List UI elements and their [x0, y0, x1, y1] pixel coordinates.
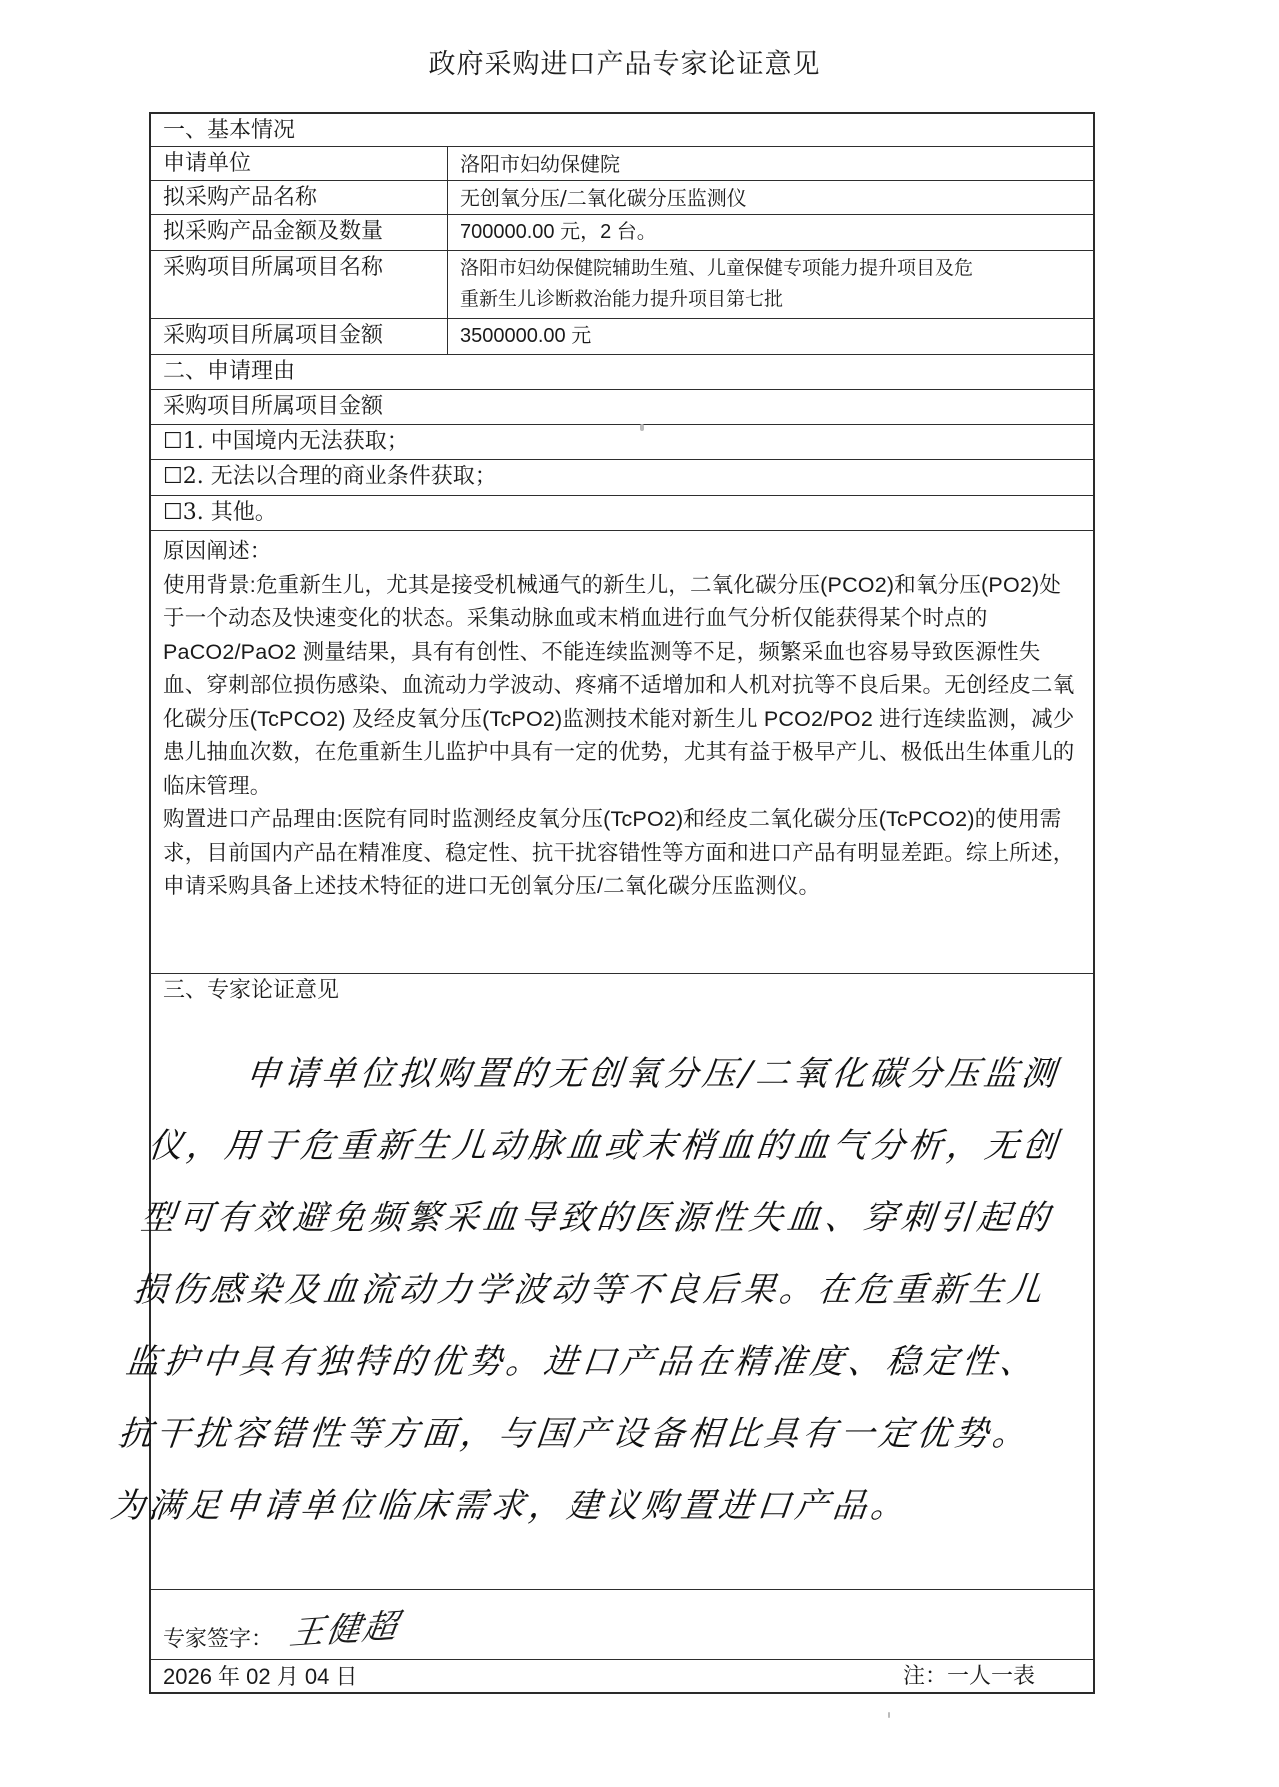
- form-note: 注：一人一表: [903, 1662, 1035, 1692]
- amount-quantity-label: 拟采购产品金额及数量: [151, 215, 448, 250]
- option-other[interactable]: ☐3. 其他。: [151, 496, 1093, 530]
- option-unavailable-domestic[interactable]: ☐1. 中国境内无法获取；: [151, 425, 1093, 459]
- reason-title: 原因阐述：: [163, 535, 1079, 569]
- checkbox-icon[interactable]: ☐: [163, 429, 183, 454]
- project-name-line1: 洛阳市妇幼保健院辅助生殖、儿童保健专项能力提升项目及危: [460, 253, 1093, 284]
- handwritten-opinion: 申请单位拟购置的无创氧分压/二氧化碳分压监测仪，用于危重新生儿动脉血或末梢血的血…: [90, 1008, 1093, 1589]
- option-row: ☐2. 无法以合理的商业条件获取；: [151, 460, 1093, 496]
- document-title: 政府采购进口产品专家论证意见: [0, 42, 1249, 81]
- table-row: 采购项目所属项目金额: [151, 390, 1093, 425]
- checkbox-icon[interactable]: ☐: [163, 464, 183, 489]
- reason-text: 原因阐述： 使用背景:危重新生儿，尤其是接受机械通气的新生儿，二氧化碳分压(PC…: [151, 531, 1093, 973]
- table-row: 采购项目所属项目名称 洛阳市妇幼保健院辅助生殖、儿童保健专项能力提升项目及危 重…: [151, 251, 1093, 319]
- table-row: 拟采购产品金额及数量 700000.00 元，2 台。: [151, 215, 1093, 251]
- scan-speck: [640, 424, 644, 431]
- expert-opinion-block: 三、专家论证意见 申请单位拟购置的无创氧分压/二氧化碳分压监测仪，用于危重新生儿…: [151, 974, 1093, 1590]
- option-unreasonable-terms[interactable]: ☐2. 无法以合理的商业条件获取；: [151, 460, 1093, 495]
- option-row: ☐3. 其他。: [151, 496, 1093, 531]
- section2-heading-row: 二、申请理由: [151, 355, 1093, 390]
- signature-label: 专家签字：: [163, 1622, 273, 1653]
- checkbox-icon[interactable]: ☐: [163, 500, 183, 525]
- project-amount-value: 3500000.00 元: [448, 319, 1093, 354]
- signing-date: 2026 年 02 月 04 日: [163, 1662, 357, 1692]
- section2-heading: 二、申请理由: [151, 355, 1093, 389]
- option-label: 1. 中国境内无法获取；: [183, 429, 409, 454]
- expert-opinion-form-table: 一、基本情况 申请单位 洛阳市妇幼保健院 拟采购产品名称 无创氧分压/二氧化碳分…: [149, 112, 1095, 1694]
- table-row: 拟采购产品名称 无创氧分压/二氧化碳分压监测仪: [151, 181, 1093, 215]
- date-row: 2026 年 02 月 04 日 注：一人一表: [151, 1660, 1093, 1694]
- signature-row: 专家签字： 王健超: [151, 1590, 1093, 1660]
- option-label: 3. 其他。: [183, 500, 277, 525]
- section1-heading: 一、基本情况: [151, 114, 1093, 146]
- table-row: 申请单位 洛阳市妇幼保健院: [151, 147, 1093, 181]
- reason-background: 使用背景:危重新生儿，尤其是接受机械通气的新生儿，二氧化碳分压(PCO2)和氧分…: [163, 569, 1079, 804]
- applicant-label: 申请单位: [151, 147, 448, 180]
- project-amount-label: 采购项目所属项目金额: [151, 319, 448, 354]
- reason-import: 购置进口产品理由:医院有同时监测经皮氧分压(TcPO2)和经皮二氧化碳分压(Tc…: [163, 803, 1079, 904]
- section3-heading: 三、专家论证意见: [151, 974, 1093, 1008]
- handwritten-opinion-text: 申请单位拟购置的无创氧分压/二氧化碳分压监测仪，用于危重新生儿动脉血或末梢血的血…: [109, 1054, 1063, 1526]
- product-name-value: 无创氧分压/二氧化碳分压监测仪: [448, 181, 1093, 214]
- section2-subheading: 采购项目所属项目金额: [151, 390, 1093, 424]
- option-label: 2. 无法以合理的商业条件获取；: [183, 464, 497, 489]
- project-name-label: 采购项目所属项目名称: [151, 251, 448, 318]
- table-row: 采购项目所属项目金额 3500000.00 元: [151, 319, 1093, 355]
- section1-heading-row: 一、基本情况: [151, 114, 1093, 147]
- applicant-value: 洛阳市妇幼保健院: [448, 147, 1093, 180]
- project-name-line2: 重新生儿诊断救治能力提升项目第七批: [460, 284, 1093, 315]
- expert-signature: 王健超: [287, 1598, 403, 1654]
- option-row: ☐1. 中国境内无法获取；: [151, 425, 1093, 460]
- amount-quantity-value: 700000.00 元，2 台。: [448, 215, 1093, 250]
- product-name-label: 拟采购产品名称: [151, 181, 448, 214]
- scan-speck: [888, 1712, 890, 1718]
- project-name-value: 洛阳市妇幼保健院辅助生殖、儿童保健专项能力提升项目及危 重新生儿诊断救治能力提升…: [448, 251, 1093, 318]
- reason-block: 原因阐述： 使用背景:危重新生儿，尤其是接受机械通气的新生儿，二氧化碳分压(PC…: [151, 531, 1093, 974]
